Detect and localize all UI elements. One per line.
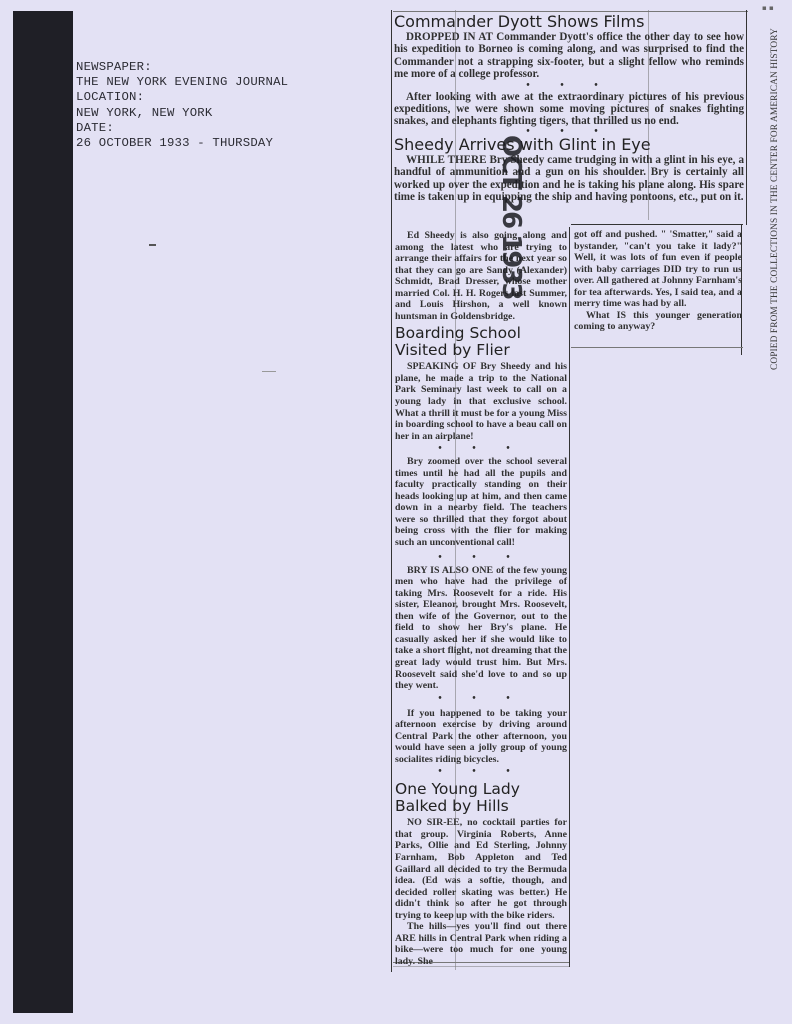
clipping-border	[571, 224, 743, 225]
paragraph: got off and pushed. " 'Smatter," said a …	[574, 229, 742, 310]
headline-line: One Young Lady	[395, 781, 567, 798]
paragraph: SPEAKING OF Bry Sheedy and his plane, he…	[395, 361, 567, 442]
article-continuation: got off and pushed. " 'Smatter," said a …	[574, 229, 742, 333]
clipping-border	[569, 227, 570, 967]
separator-dots: • • •	[394, 81, 744, 91]
separator-dots: • • •	[395, 767, 567, 777]
corner-marks: ▪ ▪	[762, 4, 774, 12]
separator-dots: • • •	[395, 444, 567, 454]
paragraph: After looking with awe at the extraordin…	[394, 91, 744, 128]
separator-dots: • • •	[395, 553, 567, 563]
headline-line: Visited by Flier	[395, 342, 567, 359]
date-stamp: OCT 26 1933	[488, 135, 526, 365]
headline-boarding-school: Boarding School Visited by Flier	[395, 325, 567, 359]
stray-mark	[262, 371, 276, 372]
headline-line: Boarding School	[395, 325, 567, 342]
document-metadata: NEWSPAPER: THE NEW YORK EVENING JOURNAL …	[76, 60, 288, 151]
separator-dots: • • •	[395, 694, 567, 704]
newspaper-name: THE NEW YORK EVENING JOURNAL	[76, 75, 288, 90]
location-label: LOCATION:	[76, 90, 288, 105]
clipping-border	[391, 10, 392, 972]
date-label: DATE:	[76, 121, 288, 136]
article-dyott: Commander Dyott Shows Films DROPPED IN A…	[394, 14, 744, 203]
newspaper-label: NEWSPAPER:	[76, 60, 288, 75]
paragraph: DROPPED IN AT Commander Dyott's office t…	[394, 31, 744, 81]
clipping-border	[746, 10, 747, 225]
article-left-column: Ed Sheedy is also going along and among …	[395, 230, 567, 967]
stray-mark	[149, 244, 156, 246]
headline-dyott: Commander Dyott Shows Films	[394, 14, 744, 30]
location-value: NEW YORK, NEW YORK	[76, 106, 288, 121]
paragraph: Bry zoomed over the school several times…	[395, 456, 567, 548]
paragraph: NO SIR-EE, no cocktail parties for that …	[395, 817, 567, 921]
archive-caption: COPIED FROM THE COLLECTIONS IN THE CENTE…	[770, 28, 780, 370]
paragraph: BRY IS ALSO ONE of the few young men who…	[395, 565, 567, 692]
clipping-border	[571, 347, 743, 348]
paragraph: Ed Sheedy is also going along and among …	[395, 230, 567, 322]
paragraph: If you happened to be taking your aftern…	[395, 708, 567, 766]
headline-young-lady: One Young Lady Balked by Hills	[395, 781, 567, 815]
paragraph: WHILE THERE Bry Sheedy came trudging in …	[394, 154, 744, 204]
paragraph: What IS this younger generation coming t…	[574, 310, 742, 333]
headline-sheedy: Sheedy Arrives with Glint in Eye	[394, 137, 744, 153]
paragraph: The hills—yes you'll find out there ARE …	[395, 921, 567, 967]
black-margin-bar	[13, 11, 73, 1013]
date-value: 26 OCTOBER 1933 - THURSDAY	[76, 136, 288, 151]
headline-line: Balked by Hills	[395, 798, 567, 815]
